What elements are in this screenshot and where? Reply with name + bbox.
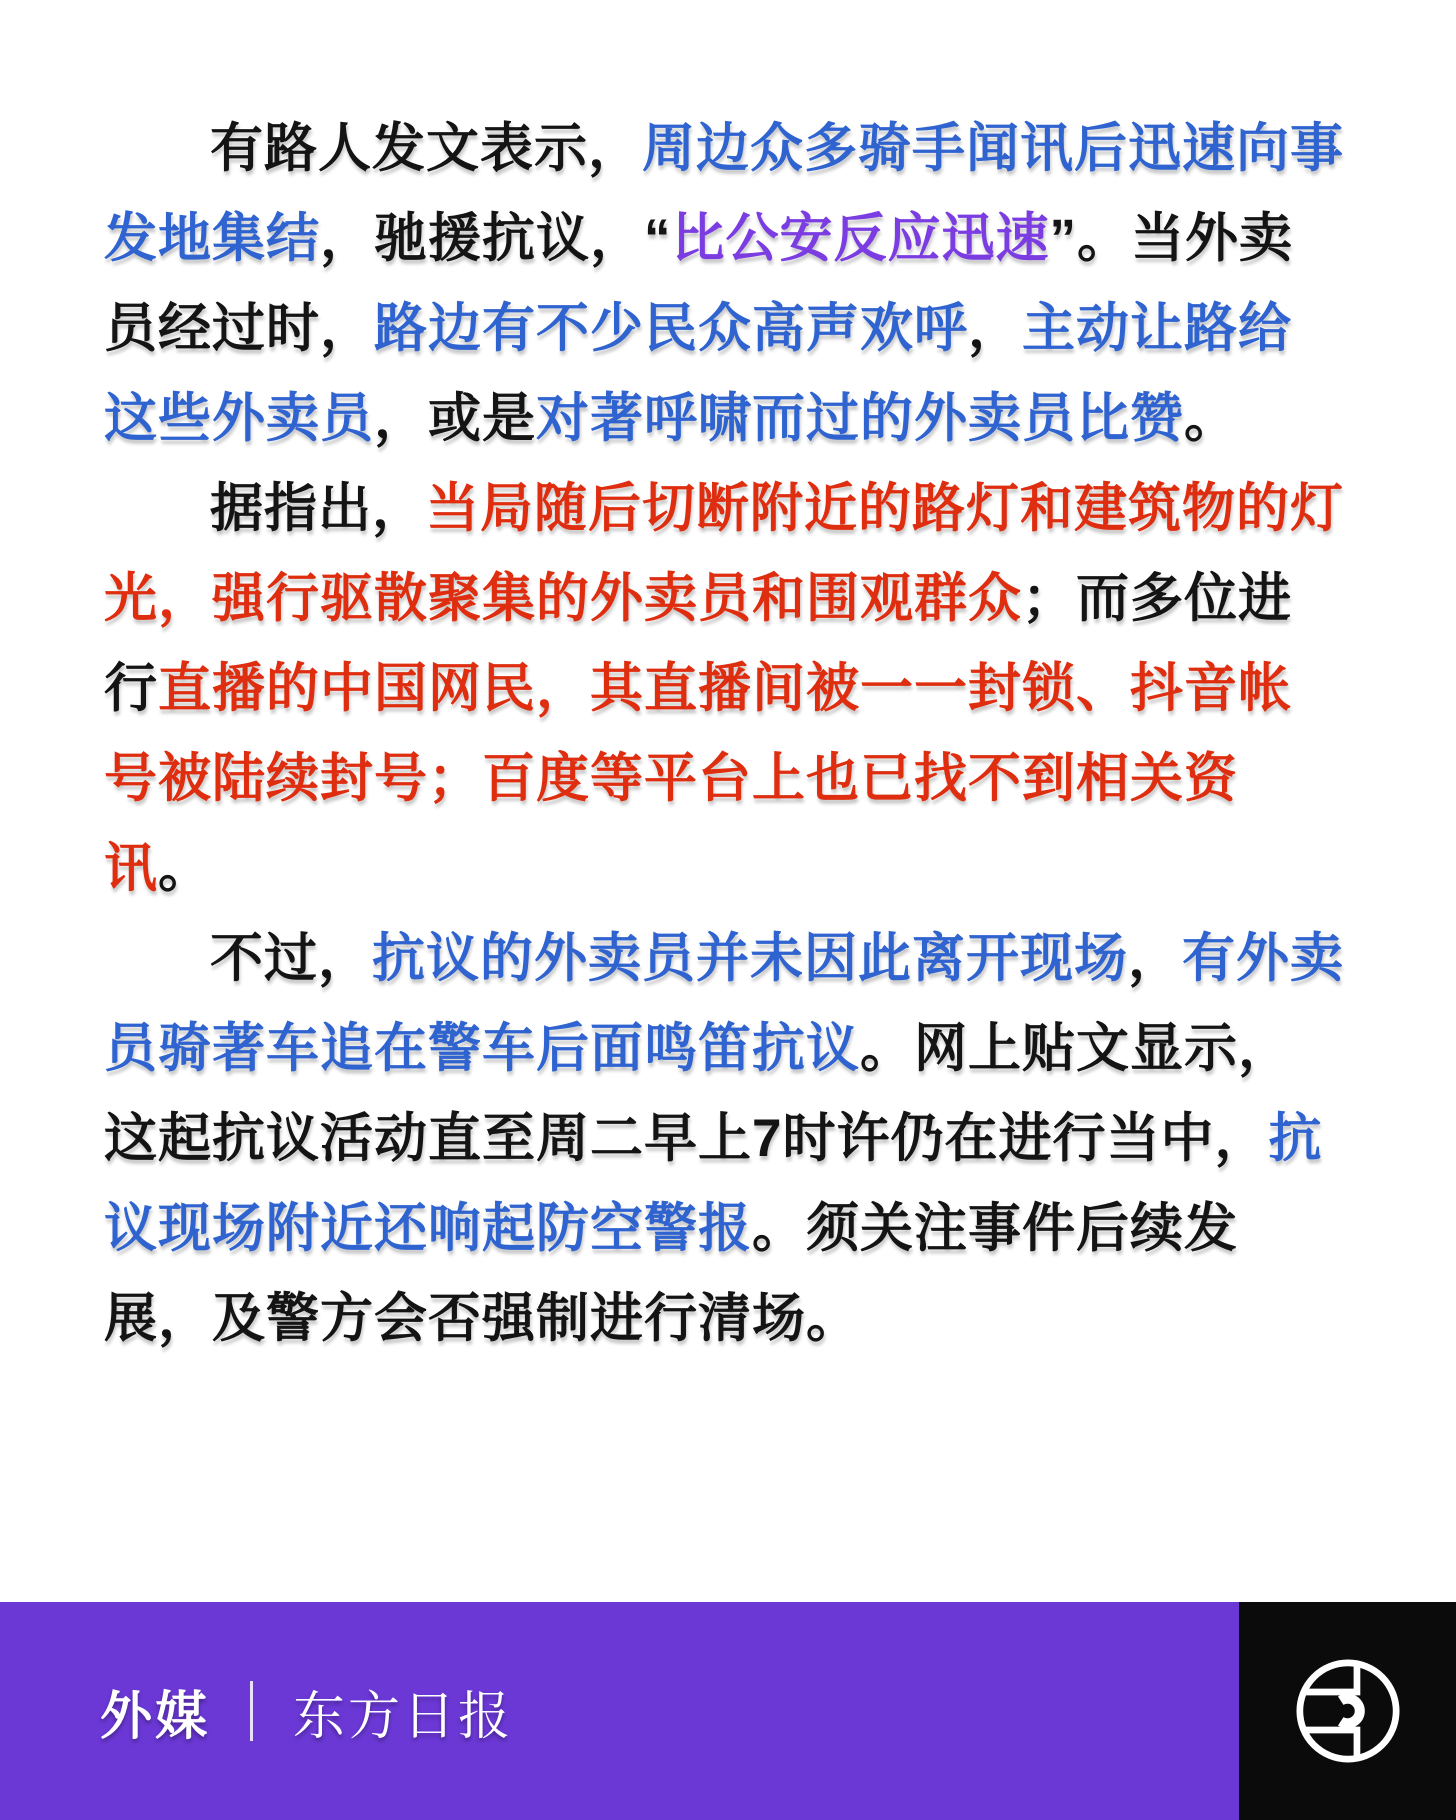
text-segment: 比公安反应迅速 [672,209,1050,268]
news-card: 有路人发文表示，周边众多骑手闻讯后迅速向事发地集结，驰援抗议，“比公安反应迅速”… [0,0,1456,1820]
footer-divider [250,1681,253,1741]
paragraph: 据指出，当局随后切断附近的路灯和建筑物的灯光，强行驱散聚集的外卖员和围观群众；而… [104,464,1360,914]
text-segment: 对著呼啸而过的外卖员比赞 [536,389,1184,448]
text-segment: 这些外卖员 [104,389,374,448]
text-line: 据指出，当局随后切断附近的路灯和建筑物的灯 [104,464,1360,554]
text-segment: 员经过时， [104,299,374,358]
text-line: 展，及警方会否强制进行清场。 [104,1274,1360,1364]
text-segment: 直播的中国网民，其直播间被一一封锁、抖音帐 [158,659,1292,718]
text-segment: ”。当外卖 [1050,209,1294,268]
text-segment: ；而多位进 [1022,569,1292,628]
text-line: 这些外卖员，或是对著呼啸而过的外卖员比赞。 [104,374,1360,464]
footer-bar: 外媒 东方日报 [0,1602,1239,1820]
text-segment: 议现场附近还响起防空警报 [104,1199,752,1258]
text-segment: 员骑著车追在警车后面鸣笛抗议 [104,1019,860,1078]
category-label: 外媒 [100,1674,210,1749]
text-segment: 。 [158,839,212,898]
text-segment: 有路人发文表示， [210,119,642,178]
text-line: 不过，抗议的外卖员并未因此离开现场，有外卖 [104,914,1360,1004]
text-line: 员骑著车追在警车后面鸣笛抗议。网上贴文显示， [104,1004,1360,1094]
text-segment: 这起抗议活动直至周二早上7时许仍在进行当中， [104,1109,1268,1168]
text-segment: 有外卖 [1182,929,1344,988]
text-segment: 主动让路给 [1022,299,1292,358]
text-segment: 。网上贴文显示， [860,1019,1292,1078]
text-segment: 发地集结 [104,209,320,268]
text-segment: 光，强行驱散聚集的外卖员和围观群众 [104,569,1022,628]
text-line: 号被陆续封号；百度等平台上也已找不到相关资 [104,734,1360,824]
text-line: 这起抗议活动直至周二早上7时许仍在进行当中，抗 [104,1094,1360,1184]
text-segment: 不过， [210,929,372,988]
text-line: 员经过时，路边有不少民众高声欢呼，主动让路给 [104,284,1360,374]
text-segment: ， [1128,929,1182,988]
text-segment: 展，及警方会否强制进行清场。 [104,1289,860,1348]
text-segment: 讯 [104,839,158,898]
text-line: 光，强行驱散聚集的外卖员和围观群众；而多位进 [104,554,1360,644]
text-segment: 路边有不少民众高声欢呼 [374,299,968,358]
text-line: 讯。 [104,824,1360,914]
logo-box [1239,1602,1456,1820]
paragraph: 不过，抗议的外卖员并未因此离开现场，有外卖员骑著车追在警车后面鸣笛抗议。网上贴文… [104,914,1360,1364]
text-segment: ， [968,299,1022,358]
source-label: 东方日报 [293,1674,513,1749]
text-segment: 当局随后切断附近的路灯和建筑物的灯 [426,479,1344,538]
footer-caption: 外媒 东方日报 [0,1674,513,1749]
text-segment: 号被陆续封号；百度等平台上也已找不到相关资 [104,749,1238,808]
text-segment: 据指出， [210,479,426,538]
text-segment: 。 [1184,389,1238,448]
paragraph: 有路人发文表示，周边众多骑手闻讯后迅速向事发地集结，驰援抗议，“比公安反应迅速”… [104,104,1360,464]
text-segment: 抗议的外卖员并未因此离开现场 [372,929,1128,988]
text-line: 议现场附近还响起防空警报。须关注事件后续发 [104,1184,1360,1274]
text-segment: 周边众多骑手闻讯后迅速向事 [642,119,1344,178]
text-segment: ，或是 [374,389,536,448]
text-line: 有路人发文表示，周边众多骑手闻讯后迅速向事 [104,104,1360,194]
article-body: 有路人发文表示，周边众多骑手闻讯后迅速向事发地集结，驰援抗议，“比公安反应迅速”… [104,104,1360,1364]
text-segment: 。须关注事件后续发 [752,1199,1238,1258]
text-segment: ，驰援抗议，“ [320,209,672,268]
text-line: 行直播的中国网民，其直播间被一一封锁、抖音帐 [104,644,1360,734]
media-logo-icon [1292,1655,1404,1767]
text-segment: 行 [104,659,158,718]
text-line: 发地集结，驰援抗议，“比公安反应迅速”。当外卖 [104,194,1360,284]
text-segment: 抗 [1268,1109,1322,1168]
